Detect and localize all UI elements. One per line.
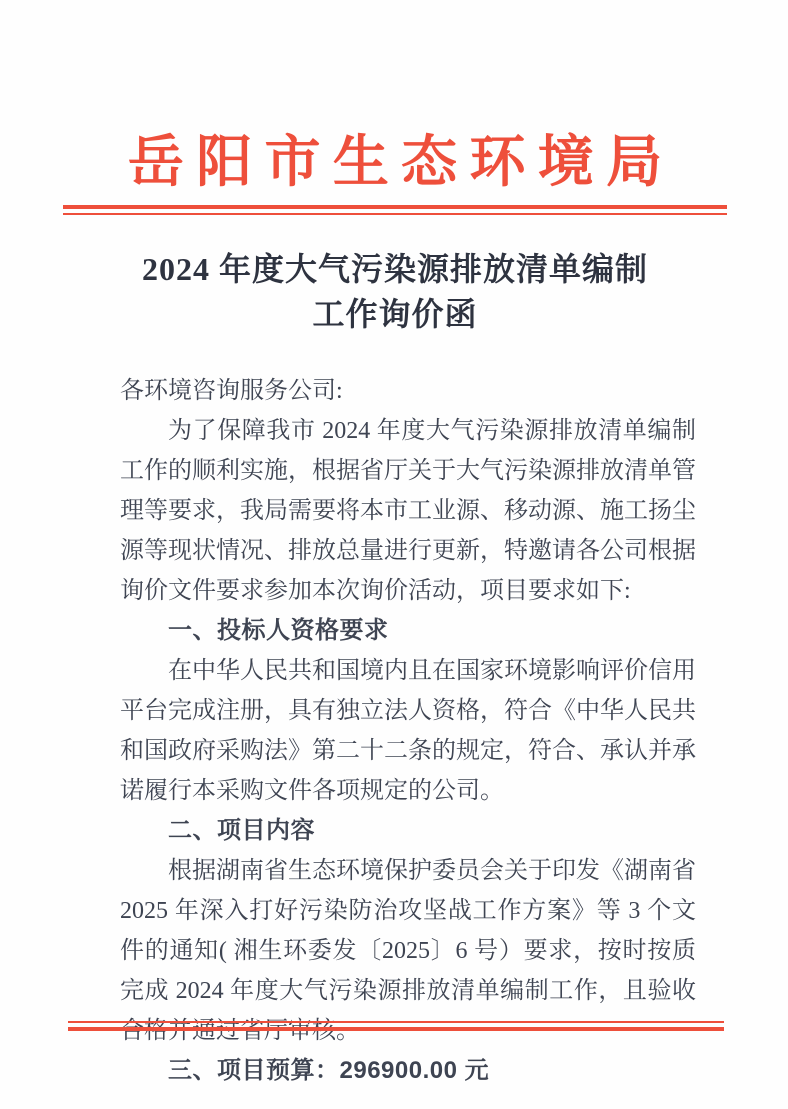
document-title-line1: 2024 年度大气污染源排放清单编制 — [63, 247, 727, 292]
document-body: 各环境咨询服务公司: 为了保障我市 2024 年度大气污染源排放清单编制工作的顺… — [120, 371, 696, 1091]
header-rule-thick — [63, 205, 727, 209]
section-3-heading-budget: 三、项目预算：296900.00 元 — [120, 1051, 696, 1091]
section-1-paragraph: 在中华人民共和国境内且在国家环境影响评价信用平台完成注册，具有独立法人资格，符合… — [120, 651, 696, 811]
section-2-heading: 二、项目内容 — [120, 811, 696, 851]
scanned-document-page: 岳阳市生态环境局 2024 年度大气污染源排放清单编制 工作询价函 各环境咨询服… — [0, 0, 788, 1109]
agency-letterhead-title: 岳阳市生态环境局 — [63, 118, 727, 198]
footer-rule-thin — [68, 1021, 724, 1023]
intro-paragraph: 为了保障我市 2024 年度大气污染源排放清单编制工作的顺利实施，根据省厅关于大… — [120, 411, 696, 611]
document-title-line2: 工作询价函 — [63, 292, 727, 337]
salutation: 各环境咨询服务公司: — [120, 371, 696, 411]
section-1-heading: 一、投标人资格要求 — [120, 611, 696, 651]
footer-rule-thick — [68, 1027, 724, 1031]
document-title: 2024 年度大气污染源排放清单编制 工作询价函 — [63, 247, 727, 337]
header-rule-thin — [63, 213, 727, 215]
